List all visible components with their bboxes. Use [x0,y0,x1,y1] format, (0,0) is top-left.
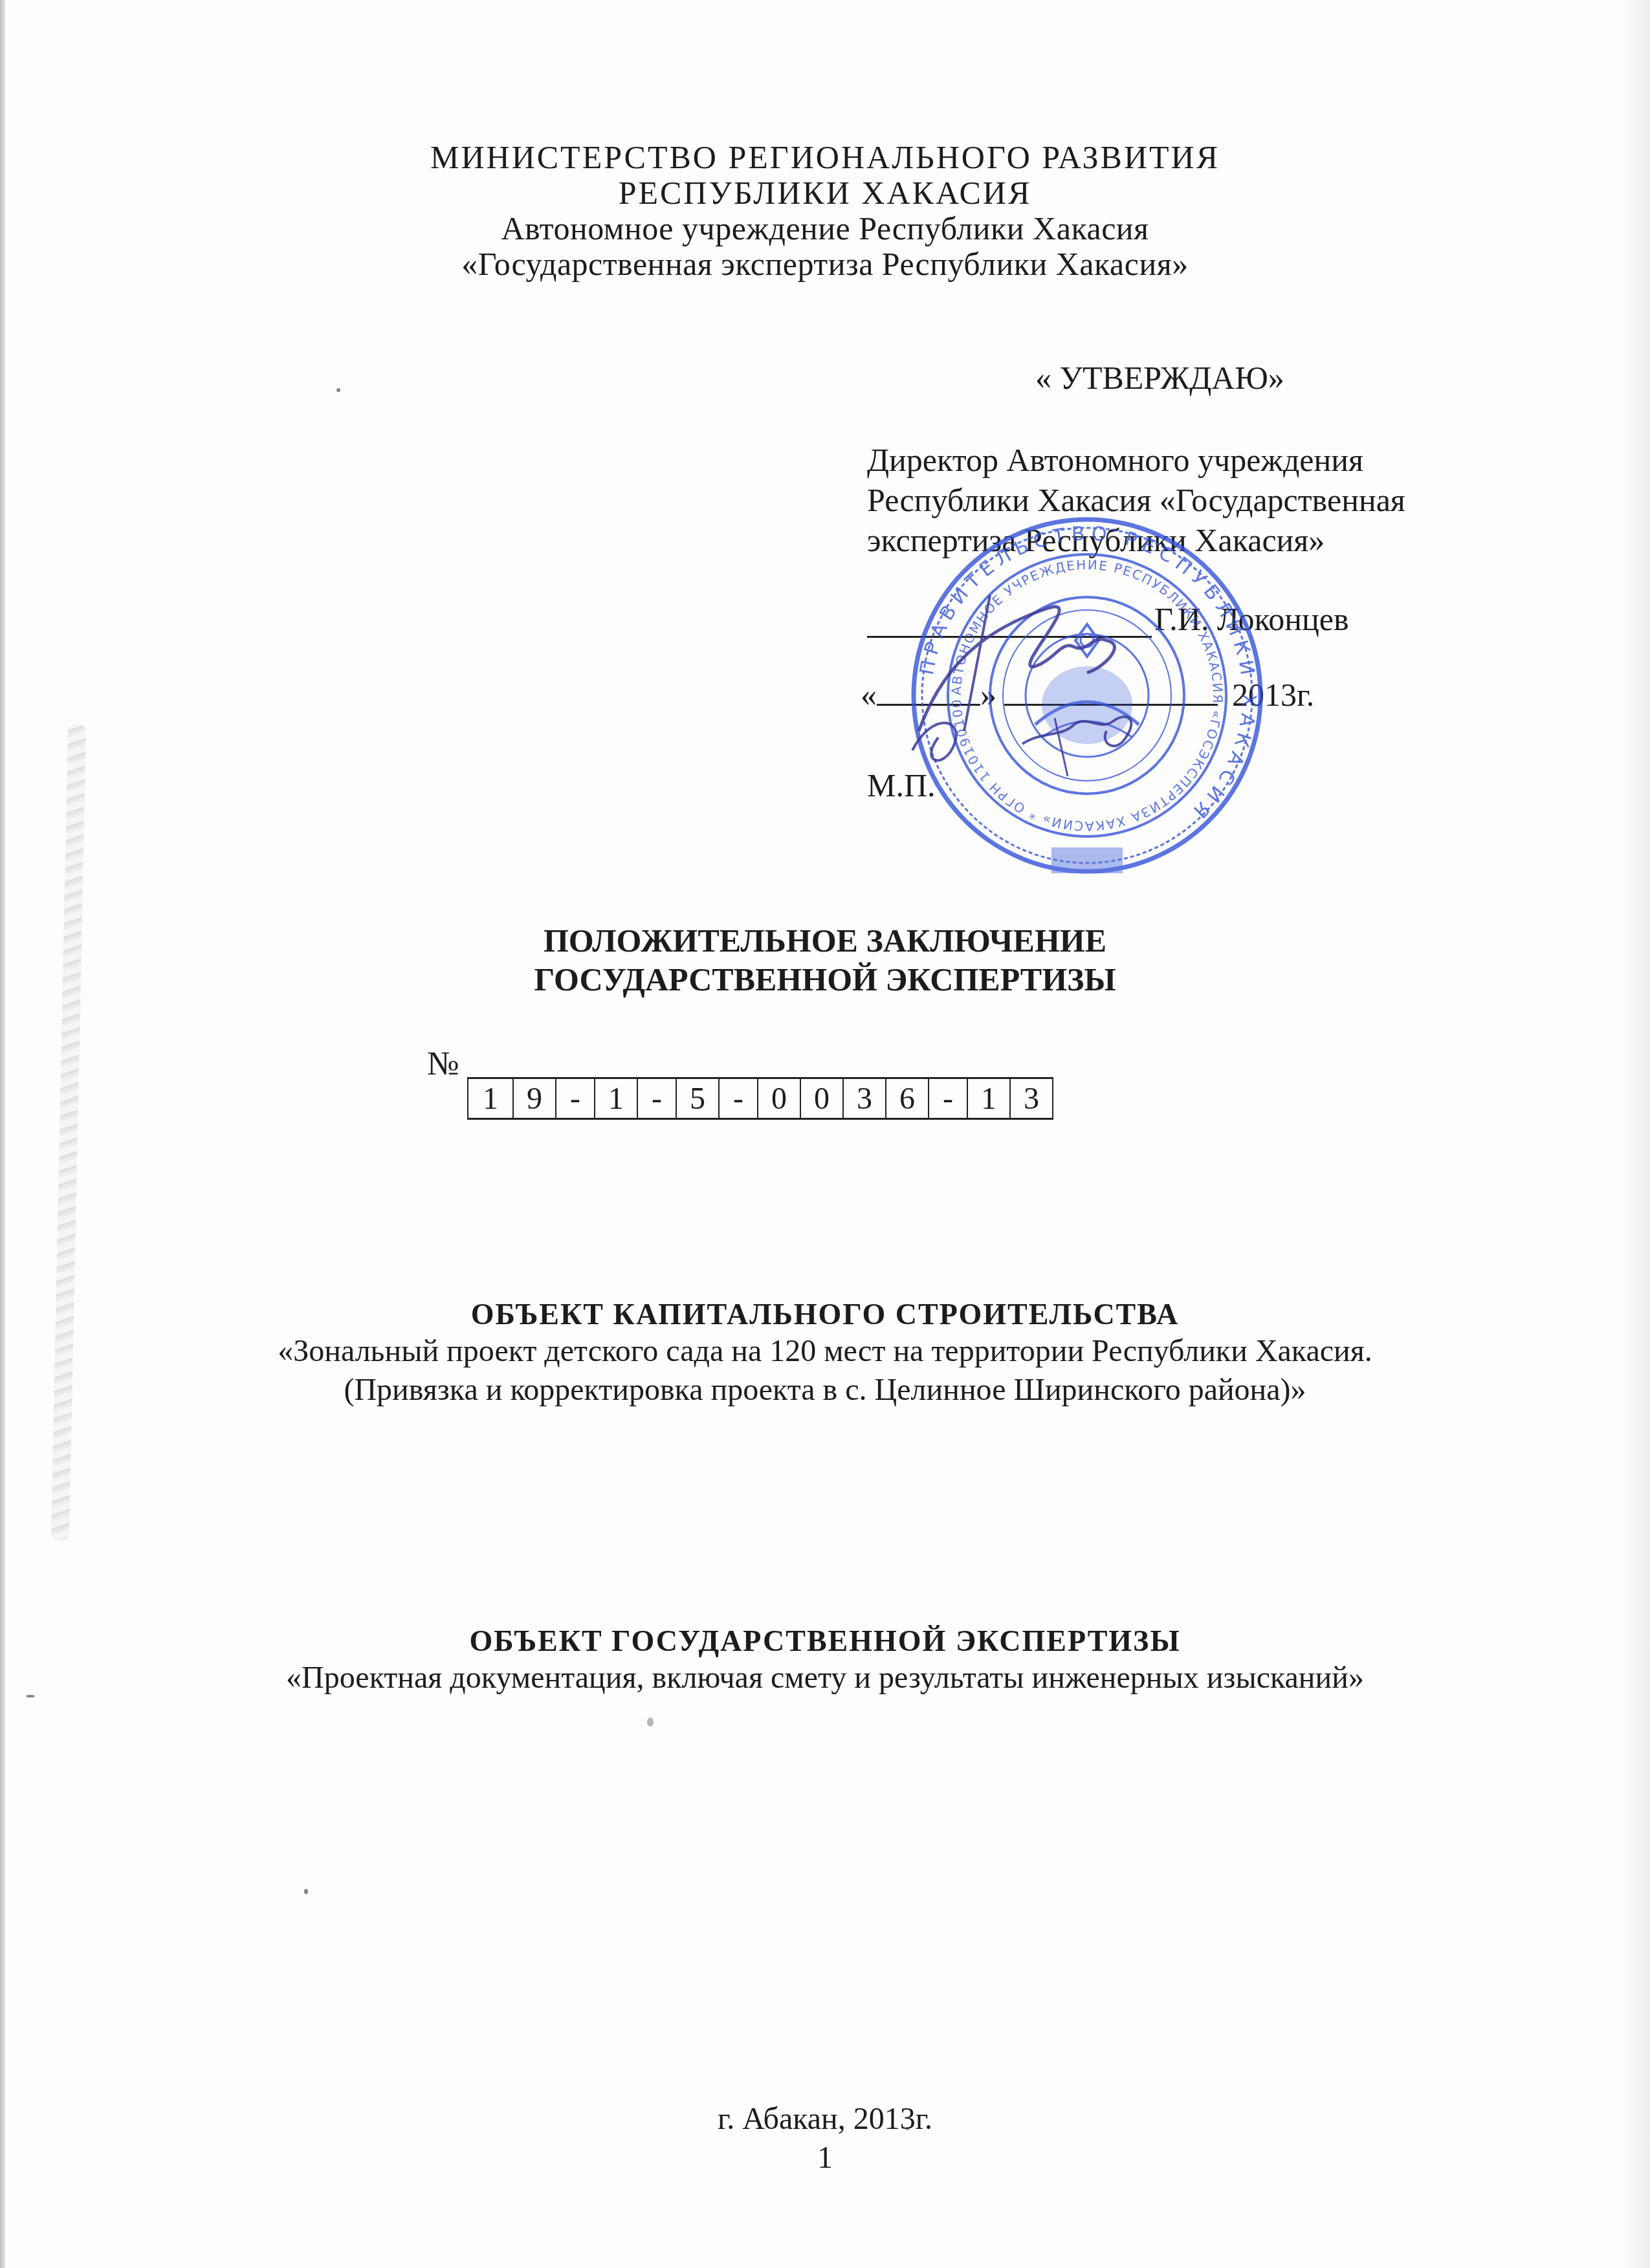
ministry-line-1: МИНИСТЕРСТВО РЕГИОНАЛЬНОГО РАЗВИТИЯ [0,138,1650,177]
seal-mark: М.П. [867,767,936,804]
scan-speck [336,388,340,392]
ministry-line-2: РЕСПУБЛИКИ ХАКАСИЯ [0,173,1650,212]
position-line-2: Республики Хакасия «Государственная [867,480,1514,520]
position-line-3: экспертиза Республики Хакасия» [867,520,1514,560]
document-page: МИНИСТЕРСТВО РЕГИОНАЛЬНОГО РАЗВИТИЯ РЕСП… [0,0,1650,2268]
date-day-field [877,677,980,706]
approval-title: « УТВЕРЖДАЮ» [1035,359,1284,397]
number-cell: 5 [677,1079,720,1118]
capital-object-line-1: «Зональный проект детского сада на 120 м… [0,1333,1650,1370]
institution-line-1: Автономное учреждение Республики Хакасия [0,209,1650,248]
expertise-object-line-1: «Проектная документация, включая смету и… [0,1659,1650,1697]
number-cell: 0 [758,1079,801,1118]
number-cell: 1 [468,1079,514,1118]
date-close-quote: » [980,677,996,713]
position-line-1: Директор Автономного учреждения [867,440,1514,480]
scan-edge-right [1624,0,1650,2268]
approval-date-row: «»2013г. [861,676,1314,714]
number-cell: - [556,1079,595,1118]
institution-line-2: «Государственная экспертиза Республики Х… [0,245,1650,283]
svg-text:ПРАВИТЕЛЬСТВО РЕСПУБЛИКИ ХАКАС: ПРАВИТЕЛЬСТВО РЕСПУБЛИКИ ХАКАСИЯ [916,523,1260,827]
place-and-year: г. Абакан, 2013г. [0,2099,1650,2139]
binding-thread [51,725,86,1540]
signatory-name: Г.И. Локонцев [1154,601,1349,637]
conclusion-number-grid: 1 9 - 1 - 5 - 0 0 3 6 - 1 3 [467,1077,1053,1120]
number-cell: 3 [1011,1079,1053,1118]
signature-row: Г.И. Локонцев [867,598,1349,638]
conclusion-title-line-2: ГОСУДАРСТВЕННОЙ ЭКСПЕРТИЗЫ [0,961,1650,998]
scan-speck [26,1695,35,1697]
scan-speck [304,1889,308,1894]
capital-object-title: ОБЪЕКТ КАПИТАЛЬНОГО СТРОИТЕЛЬСТВА [0,1297,1650,1331]
number-cell: 0 [801,1079,844,1118]
capital-object-line-2: (Привязка и корректировка проекта в с. Ц… [0,1371,1650,1409]
scan-edge-left [0,0,5,2268]
expertise-object-title: ОБЪЕКТ ГОСУДАРСТВЕННОЙ ЭКСПЕРТИЗЫ [0,1624,1650,1658]
number-label: № [427,1045,459,1083]
scan-speck [647,1717,654,1727]
number-cell: 1 [968,1079,1011,1118]
approval-position: Директор Автономного учреждения Республи… [867,440,1514,560]
number-cell: - [929,1079,968,1118]
date-year: 2013г. [1232,677,1314,713]
signature-line [867,598,1152,638]
number-cell: - [720,1079,758,1118]
conclusion-title-line-1: ПОЛОЖИТЕЛЬНОЕ ЗАКЛЮЧЕНИЕ [0,922,1650,959]
date-open-quote: « [861,677,877,713]
scan-speck [906,2127,909,2130]
number-cell: 9 [514,1079,556,1118]
date-month-field [1004,677,1218,706]
number-cell: 6 [886,1079,929,1118]
number-cell: - [638,1079,677,1118]
number-cell: 1 [595,1079,638,1118]
number-cell: 3 [844,1079,886,1118]
page-number: 1 [0,2138,1650,2178]
